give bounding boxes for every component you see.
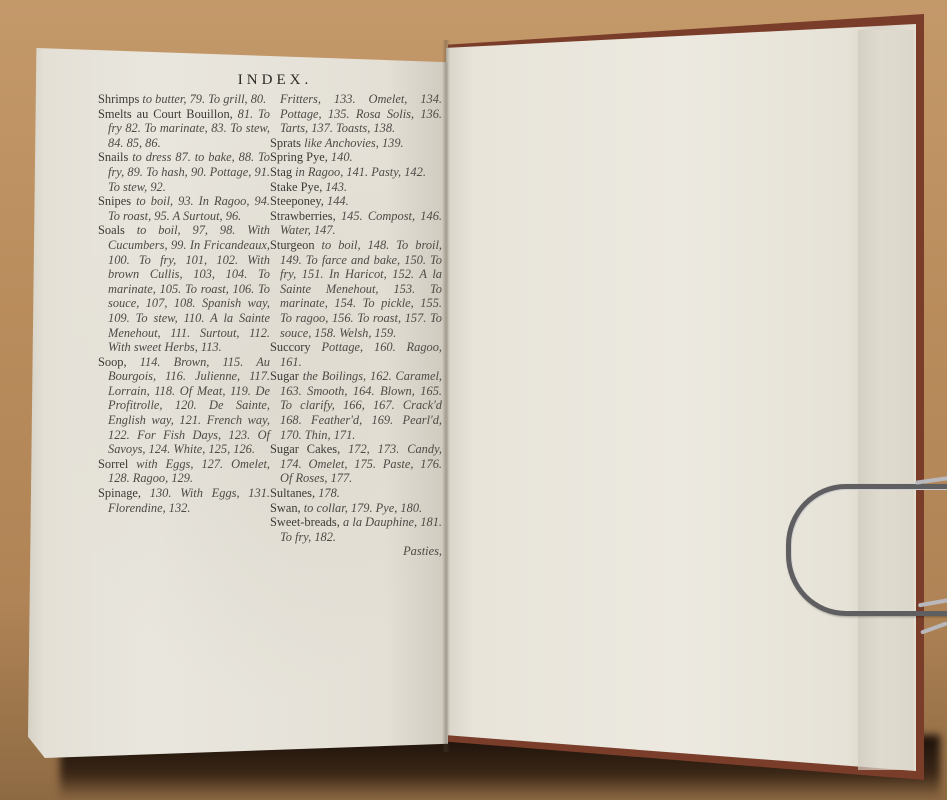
index-entry-text: 140. xyxy=(328,150,353,164)
index-entry-head: Strawberries, xyxy=(270,209,336,223)
index-entry-head: Soop, xyxy=(98,355,127,369)
index-entry-head: Spinage, xyxy=(98,486,141,500)
index-entry-head: Stag xyxy=(270,165,292,179)
index-entry-text: to boil, 148. To broil, 149. To farce an… xyxy=(280,238,442,340)
index-entry: Shrimps to butter, 79. To grill, 80. xyxy=(98,92,270,107)
index-entry: Fritters, 133. Omelet, 134. Pottage, 135… xyxy=(270,92,442,136)
index-entry-head: Sturgeon xyxy=(270,238,315,252)
index-entry-text: 114. Brown, 115. Au Bourgois, 116. Julie… xyxy=(108,355,270,457)
index-entry-text: 178. xyxy=(315,486,340,500)
index-entry-head: Snipes xyxy=(98,194,131,208)
index-entry-head: Snails xyxy=(98,150,128,164)
index-entry-text: the Boilings, 162. Caramel, 163. Smooth,… xyxy=(280,369,442,441)
index-entry: Smelts au Court Bouillon, 81. To fry 82.… xyxy=(98,107,270,151)
book-gutter xyxy=(442,40,450,752)
index-entry: Spinage, 130. With Eggs, 131. Florendine… xyxy=(98,486,270,515)
index-entry: Strawberries, 145. Compost, 146. Water, … xyxy=(270,209,442,238)
page-edge xyxy=(858,30,914,770)
index-entry: Sweet-breads, a la Dauphine, 181. To fry… xyxy=(270,515,442,544)
index-entry-head: Smelts au Court Bouillon, xyxy=(98,107,233,121)
index-entry-text: to butter, 79. To grill, 80. xyxy=(139,92,266,106)
index-entry: Snipes to boil, 93. In Ragoo, 94. To roa… xyxy=(98,194,270,223)
index-entry: Sugar the Boilings, 162. Caramel, 163. S… xyxy=(270,369,442,442)
page-heading: INDEX. xyxy=(0,72,550,89)
index-entry-head: Sorrel xyxy=(98,457,128,471)
index-entry: Steeponey, 144. xyxy=(270,194,442,209)
index-entry-head: Sugar Cakes, xyxy=(270,442,340,456)
index-entry-text: 144. xyxy=(324,194,349,208)
index-entry-text: like Anchovies, 139. xyxy=(301,136,404,150)
index-entry: Sorrel with Eggs, 127. Omelet, 128. Rago… xyxy=(98,457,270,486)
index-entry: Sturgeon to boil, 148. To broil, 149. To… xyxy=(270,238,442,340)
index-entry-head: Soals xyxy=(98,223,125,237)
index-entry-head: Shrimps xyxy=(98,92,139,106)
index-entry-text: 143. xyxy=(322,180,347,194)
index-column-left: Shrimps to butter, 79. To grill, 80.Smel… xyxy=(98,92,270,515)
index-entry: Spring Pye, 140. xyxy=(270,150,442,165)
index-entry-text: to boil, 97, 98. With Cucumbers, 99. In … xyxy=(108,223,270,354)
index-entry: Stake Pye, 143. xyxy=(270,180,442,195)
index-entry: Stag in Ragoo, 141. Pasty, 142. xyxy=(270,165,442,180)
index-entry-text: to boil, 93. In Ragoo, 94. To roast, 95.… xyxy=(108,194,270,223)
index-entry: Sultanes, 178. xyxy=(270,486,442,501)
index-entry: Soals to boil, 97, 98. With Cucumbers, 9… xyxy=(98,223,270,354)
catchword: Pasties, xyxy=(270,544,442,559)
index-entry-head: Sugar xyxy=(270,369,299,383)
index-entry-head: Sultanes, xyxy=(270,486,315,500)
index-entry: Succory Pottage, 160. Ragoo, 161. xyxy=(270,340,442,369)
index-entry-text: in Ragoo, 141. Pasty, 142. xyxy=(292,165,426,179)
index-entry-head: Stake Pye, xyxy=(270,180,322,194)
index-entry: Sugar Cakes, 172, 173. Candy, 174. Omele… xyxy=(270,442,442,486)
index-entry-text: to dress 87. to bake, 88. To fry, 89. To… xyxy=(108,150,270,193)
index-entry: Swan, to collar, 179. Pye, 180. xyxy=(270,501,442,516)
index-column-right: Fritters, 133. Omelet, 134. Pottage, 135… xyxy=(270,92,442,559)
paper-clip-icon xyxy=(786,484,947,616)
index-entry: Sprats like Anchovies, 139. xyxy=(270,136,442,151)
index-entry-head: Sweet-breads, xyxy=(270,515,340,529)
index-entry-text: Fritters, 133. Omelet, 134. Pottage, 135… xyxy=(280,92,442,135)
index-entry-head: Swan, xyxy=(270,501,301,515)
index-entry: Soop, 114. Brown, 115. Au Bourgois, 116.… xyxy=(98,355,270,457)
index-entry-head: Steeponey, xyxy=(270,194,324,208)
index-entry-text: to collar, 179. Pye, 180. xyxy=(301,501,422,515)
paper-clip-wire xyxy=(920,621,947,634)
index-entry-head: Succory xyxy=(270,340,311,354)
index-entry-head: Sprats xyxy=(270,136,301,150)
index-entry-head: Spring Pye, xyxy=(270,150,328,164)
index-entry-text: with Eggs, 127. Omelet, 128. Ragoo, 129. xyxy=(108,457,270,486)
index-entry: Snails to dress 87. to bake, 88. To fry,… xyxy=(98,150,270,194)
blank-right-page xyxy=(446,24,916,771)
